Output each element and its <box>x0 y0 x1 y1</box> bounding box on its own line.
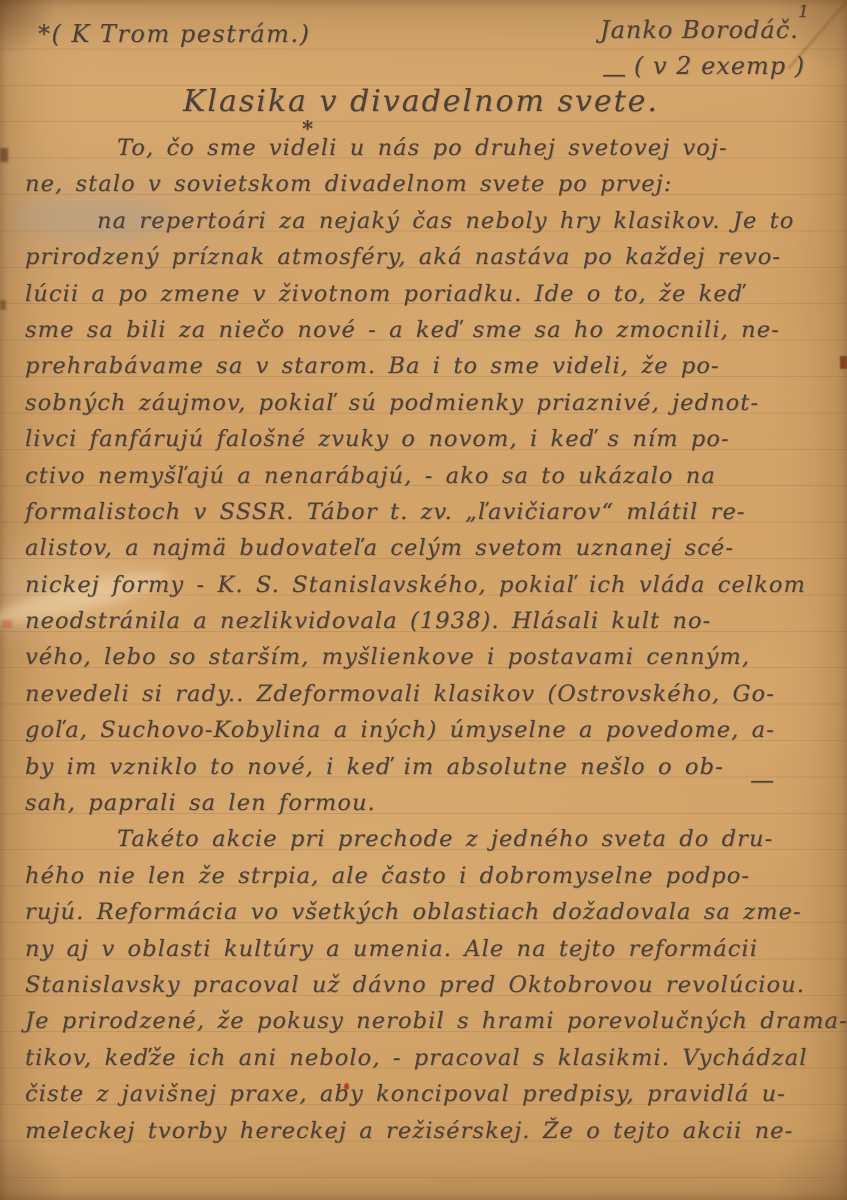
text-line: prirodzený príznak atmosféry, aká nastáv… <box>25 239 835 275</box>
text-line: čiste z javišnej praxe, aby koncipoval p… <box>25 1076 835 1112</box>
author-signature: Janko Borodáč. <box>600 16 799 44</box>
text-line: ny aj v oblasti kultúry a umenia. Ale na… <box>25 931 835 967</box>
text-line: tikov, keďže ich ani nebolo, - pracoval … <box>25 1040 835 1076</box>
text-line: vého, lebo so starším, myšlienkove i pos… <box>25 639 835 675</box>
text-line: rujú. Reformácia vo všetkých oblastiach … <box>25 894 835 930</box>
text-line: prehrabávame sa v starom. Ba i to sme vi… <box>25 348 835 384</box>
margin-note: *( K Trom pestrám.) <box>38 20 310 48</box>
document-title: Klasika v divadelnom svete. <box>183 84 659 119</box>
text-line: nevedeli si rady.. Zdeformovali klasikov… <box>25 676 835 712</box>
author-superscript-mark: 1 <box>798 2 809 22</box>
text-line: Je prirodzené, že pokusy nerobil s hrami… <box>25 1003 835 1039</box>
text-line: ne, stalo v sovietskom divadelnom svete … <box>25 166 835 202</box>
text-line: formalistoch v SSSR. Tábor t. zv. „ľavič… <box>25 494 835 530</box>
text-line: livci fanfárujú falošné zvuky o novom, i… <box>25 421 835 457</box>
text-line: na repertoári za nejaký čas neboly hry k… <box>25 203 835 239</box>
text-line: sme sa bili za niečo nové - a keď sme sa… <box>25 312 835 348</box>
text-line: sah, paprali sa len formou. <box>25 785 835 821</box>
text-line: goľa, Suchovo-Kobylina a iných) úmyselne… <box>25 712 835 748</box>
text-line: meleckej tvorby hereckej a režisérskej. … <box>25 1113 835 1149</box>
manuscript-page: *( K Trom pestrám.) Janko Borodáč. 1 — (… <box>0 0 847 1200</box>
text-line: hého nie len že strpia, ale často i dobr… <box>25 858 835 894</box>
text-line: alistov, a najmä budovateľa celým svetom… <box>25 530 835 566</box>
text-line: To, čo sme videli u nás po druhej svetov… <box>25 130 835 166</box>
manuscript-body: To, čo sme videli u nás po druhej svetov… <box>25 130 835 1149</box>
text-line: nickej formy - K. S. Stanislavského, pok… <box>25 567 835 603</box>
text-line: lúcii a po zmene v životnom poriadku. Id… <box>25 276 835 312</box>
text-line: by im vzniklo to nové, i keď im absolutn… <box>25 749 835 785</box>
text-line: Takéto akcie pri prechode z jedného svet… <box>25 821 835 857</box>
text-line: neodstránila a nezlikvidovala (1938). Hl… <box>25 603 835 639</box>
copies-note: ( v 2 exemp ) <box>634 52 805 80</box>
text-line: sobných záujmov, pokiaľ sú podmienky pri… <box>25 385 835 421</box>
text-line: ctivo nemyšľajú a nenarábajú, - ako sa t… <box>25 458 835 494</box>
text-line: Stanislavsky pracoval už dávno pred Okto… <box>25 967 835 1003</box>
